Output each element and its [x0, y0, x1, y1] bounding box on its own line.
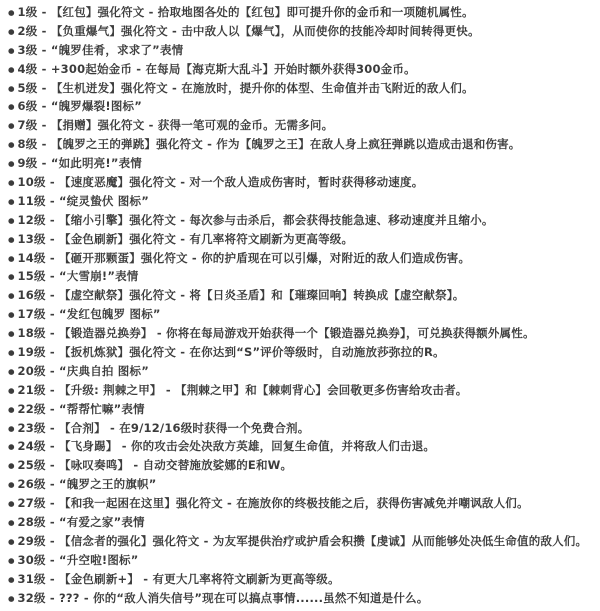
reward-line-text: 19级 - 【扳机炼狱】强化符文 - 在你达到“S”评价等级时，自动施放莎弥拉的…: [18, 344, 445, 360]
bullet-icon: ●: [8, 367, 15, 376]
bullet-icon: ●: [8, 556, 15, 565]
list-item: ● 15级 - “大雪崩!”表情: [8, 268, 594, 287]
bullet-icon: ●: [8, 27, 15, 36]
list-item: ● 23级 - 【合剂】 - 在9/12/16级时获得一个免费合剂。: [8, 420, 594, 439]
reward-list: ● 1级 - 【红包】强化符文 - 拾取地图各处的【红包】即可提升你的金币和一项…: [0, 0, 600, 609]
bullet-icon: ●: [8, 348, 15, 357]
list-item: ● 18级 - 【锻造器兑换券】 - 你将在每局游戏开始获得一个【锻造器兑换券】…: [8, 325, 594, 344]
bullet-icon: ●: [8, 121, 15, 130]
bullet-icon: ●: [8, 8, 15, 17]
list-item: ● 16级 - 【虚空献祭】强化符文 - 将【日炎圣盾】和【璀璨回响】转换成【虚…: [8, 287, 594, 306]
list-item: ● 31级 - 【金色刷新+】 - 有更大几率将符文刷新为更高等级。: [8, 571, 594, 590]
list-item: ● 13级 - 【金色刷新】强化符文 - 有几率将符文刷新为更高等级。: [8, 231, 594, 250]
reward-line-text: 1级 - 【红包】强化符文 - 拾取地图各处的【红包】即可提升你的金币和一项随机…: [18, 4, 474, 20]
reward-line-text: 30级 - “升空啦!图标”: [18, 552, 139, 568]
reward-line-text: 17级 - “发红包魄罗 图标”: [18, 306, 161, 322]
reward-line-text: 22级 - “帮帮忙嘛”表情: [18, 401, 145, 417]
list-item: ● 4级 - +300起始金币 - 在每局【海克斯大乱斗】开始时额外获得300金…: [8, 61, 594, 80]
reward-line-text: 21级 - 【升级: 荆棘之甲】 - 【荆棘之甲】和【棘刺背心】会回敬更多伤害给…: [18, 382, 468, 398]
list-item: ● 6级 - “魄罗爆裂!图标”: [8, 98, 594, 117]
bullet-icon: ●: [8, 499, 15, 508]
list-item: ● 20级 - “庆典自拍 图标”: [8, 363, 594, 382]
bullet-icon: ●: [8, 575, 15, 584]
bullet-icon: ●: [8, 159, 15, 168]
list-item: ● 7级 - 【捐赠】强化符文 - 获得一笔可观的金币。无需多问。: [8, 117, 594, 136]
list-item: ● 12级 - 【缩小引擎】强化符文 - 每次参与击杀后，都会获得技能急速、移动…: [8, 212, 594, 231]
bullet-icon: ●: [8, 140, 15, 149]
bullet-icon: ●: [8, 594, 15, 603]
bullet-icon: ●: [8, 272, 15, 281]
list-item: ● 14级 - 【砸开那颗蛋】强化符文 - 你的护盾现在可以引爆，对附近的敌人们…: [8, 250, 594, 269]
list-item: ● 10级 - 【速度恶魔】强化符文 - 对一个敌人造成伤害时，暂时获得移动速度…: [8, 174, 594, 193]
list-item: ● 28级 - “有爱之家”表情: [8, 514, 594, 533]
list-item: ● 19级 - 【扳机炼狱】强化符文 - 在你达到“S”评价等级时，自动施放莎弥…: [8, 344, 594, 363]
reward-line-text: 13级 - 【金色刷新】强化符文 - 有几率将符文刷新为更高等级。: [18, 231, 354, 247]
reward-line-text: 12级 - 【缩小引擎】强化符文 - 每次参与击杀后，都会获得技能急速、移动速度…: [18, 212, 494, 228]
bullet-icon: ●: [8, 235, 15, 244]
list-item: ● 32级 - ??? - 你的“敌人消失信号”现在可以搞点事情......虽然…: [8, 590, 594, 609]
bullet-icon: ●: [8, 65, 15, 74]
reward-line-text: 25级 - 【咏叹奏鸣】 - 自动交替施放娑娜的E和W。: [18, 457, 293, 473]
list-item: ● 17级 - “发红包魄罗 图标”: [8, 306, 594, 325]
list-item: ● 25级 - 【咏叹奏鸣】 - 自动交替施放娑娜的E和W。: [8, 457, 594, 476]
reward-line-text: 16级 - 【虚空献祭】强化符文 - 将【日炎圣盾】和【璀璨回响】转换成【虚空献…: [18, 287, 465, 303]
bullet-icon: ●: [8, 46, 15, 55]
list-item: ● 11级 - “绽灵蛰伏 图标”: [8, 193, 594, 212]
bullet-icon: ●: [8, 518, 15, 527]
reward-line-text: 28级 - “有爱之家”表情: [18, 514, 145, 530]
bullet-icon: ●: [8, 480, 15, 489]
reward-line-text: 20级 - “庆典自拍 图标”: [18, 363, 149, 379]
bullet-icon: ●: [8, 197, 15, 206]
list-item: ● 2级 - 【负重爆气】强化符文 - 击中敌人以【爆气】，从而使你的技能冷却时…: [8, 23, 594, 42]
bullet-icon: ●: [8, 178, 15, 187]
reward-line-text: 7级 - 【捐赠】强化符文 - 获得一笔可观的金币。无需多问。: [18, 117, 334, 133]
reward-line-text: 3级 - “魄罗佳肴，求求了”表情: [18, 42, 184, 58]
bullet-icon: ●: [8, 310, 15, 319]
list-item: ● 24级 - 【飞身踢】 - 你的攻击会处决敌方英雄，回复生命值，并将敌人们击…: [8, 438, 594, 457]
reward-line-text: 2级 - 【负重爆气】强化符文 - 击中敌人以【爆气】，从而使你的技能冷却时间转…: [18, 23, 480, 39]
reward-line-text: 24级 - 【飞身踢】 - 你的攻击会处决敌方英雄，回复生命值，并将敌人们击退。: [18, 438, 436, 454]
bullet-icon: ●: [8, 386, 15, 395]
reward-line-text: 15级 - “大雪崩!”表情: [18, 268, 139, 284]
list-item: ● 1级 - 【红包】强化符文 - 拾取地图各处的【红包】即可提升你的金币和一项…: [8, 4, 594, 23]
reward-line-text: 4级 - +300起始金币 - 在每局【海克斯大乱斗】开始时额外获得300金币。: [18, 61, 416, 77]
bullet-icon: ●: [8, 216, 15, 225]
reward-line-text: 10级 - 【速度恶魔】强化符文 - 对一个敌人造成伤害时，暂时获得移动速度。: [18, 174, 424, 190]
bullet-icon: ●: [8, 84, 15, 93]
reward-line-text: 18级 - 【锻造器兑换券】 - 你将在每局游戏开始获得一个【锻造器兑换券】，可…: [18, 325, 535, 341]
list-item: ● 3级 - “魄罗佳肴，求求了”表情: [8, 42, 594, 61]
reward-line-text: 31级 - 【金色刷新+】 - 有更大几率将符文刷新为更高等级。: [18, 571, 340, 587]
bullet-icon: ●: [8, 537, 15, 546]
bullet-icon: ●: [8, 329, 15, 338]
reward-line-text: 9级 - “如此明亮!”表情: [18, 155, 142, 171]
list-item: ● 8级 - 【魄罗之王的弹跳】强化符文 - 作为【魄罗之王】在敌人身上疯狂弹跳…: [8, 136, 594, 155]
reward-line-text: 14级 - 【砸开那颗蛋】强化符文 - 你的护盾现在可以引爆，对附近的敌人们造成…: [18, 250, 471, 266]
bullet-icon: ●: [8, 291, 15, 300]
list-item: ● 27级 - 【和我一起困在这里】强化符文 - 在施放你的终极技能之后，获得伤…: [8, 495, 594, 514]
reward-line-text: 23级 - 【合剂】 - 在9/12/16级时获得一个免费合剂。: [18, 420, 310, 436]
reward-line-text: 27级 - 【和我一起困在这里】强化符文 - 在施放你的终极技能之后，获得伤害减…: [18, 495, 529, 511]
bullet-icon: ●: [8, 254, 15, 263]
reward-line-text: 26级 - “魄罗之王的旗帜”: [18, 476, 157, 492]
list-item: ● 26级 - “魄罗之王的旗帜”: [8, 476, 594, 495]
list-item: ● 29级 - 【信念者的强化】强化符文 - 为友军提供治疗或护盾会积攒【虔诚】…: [8, 533, 594, 552]
bullet-icon: ●: [8, 405, 15, 414]
reward-line-text: 6级 - “魄罗爆裂!图标”: [18, 98, 142, 114]
reward-line-text: 29级 - 【信念者的强化】强化符文 - 为友军提供治疗或护盾会积攒【虔诚】从而…: [18, 533, 588, 549]
reward-line-text: 8级 - 【魄罗之王的弹跳】强化符文 - 作为【魄罗之王】在敌人身上疯狂弹跳以造…: [18, 136, 521, 152]
list-item: ● 30级 - “升空啦!图标”: [8, 552, 594, 571]
reward-line-text: 5级 - 【生机迸发】强化符文 - 在施放时，提升你的体型、生命值并击飞附近的敌…: [18, 80, 474, 96]
bullet-icon: ●: [8, 461, 15, 470]
list-item: ● 9级 - “如此明亮!”表情: [8, 155, 594, 174]
bullet-icon: ●: [8, 442, 15, 451]
reward-line-text: 11级 - “绽灵蛰伏 图标”: [18, 193, 149, 209]
bullet-icon: ●: [8, 102, 15, 111]
list-item: ● 21级 - 【升级: 荆棘之甲】 - 【荆棘之甲】和【棘刺背心】会回敬更多伤…: [8, 382, 594, 401]
list-item: ● 22级 - “帮帮忙嘛”表情: [8, 401, 594, 420]
list-item: ● 5级 - 【生机迸发】强化符文 - 在施放时，提升你的体型、生命值并击飞附近…: [8, 80, 594, 99]
bullet-icon: ●: [8, 424, 15, 433]
reward-line-text: 32级 - ??? - 你的“敌人消失信号”现在可以搞点事情......虽然不知…: [18, 590, 429, 606]
